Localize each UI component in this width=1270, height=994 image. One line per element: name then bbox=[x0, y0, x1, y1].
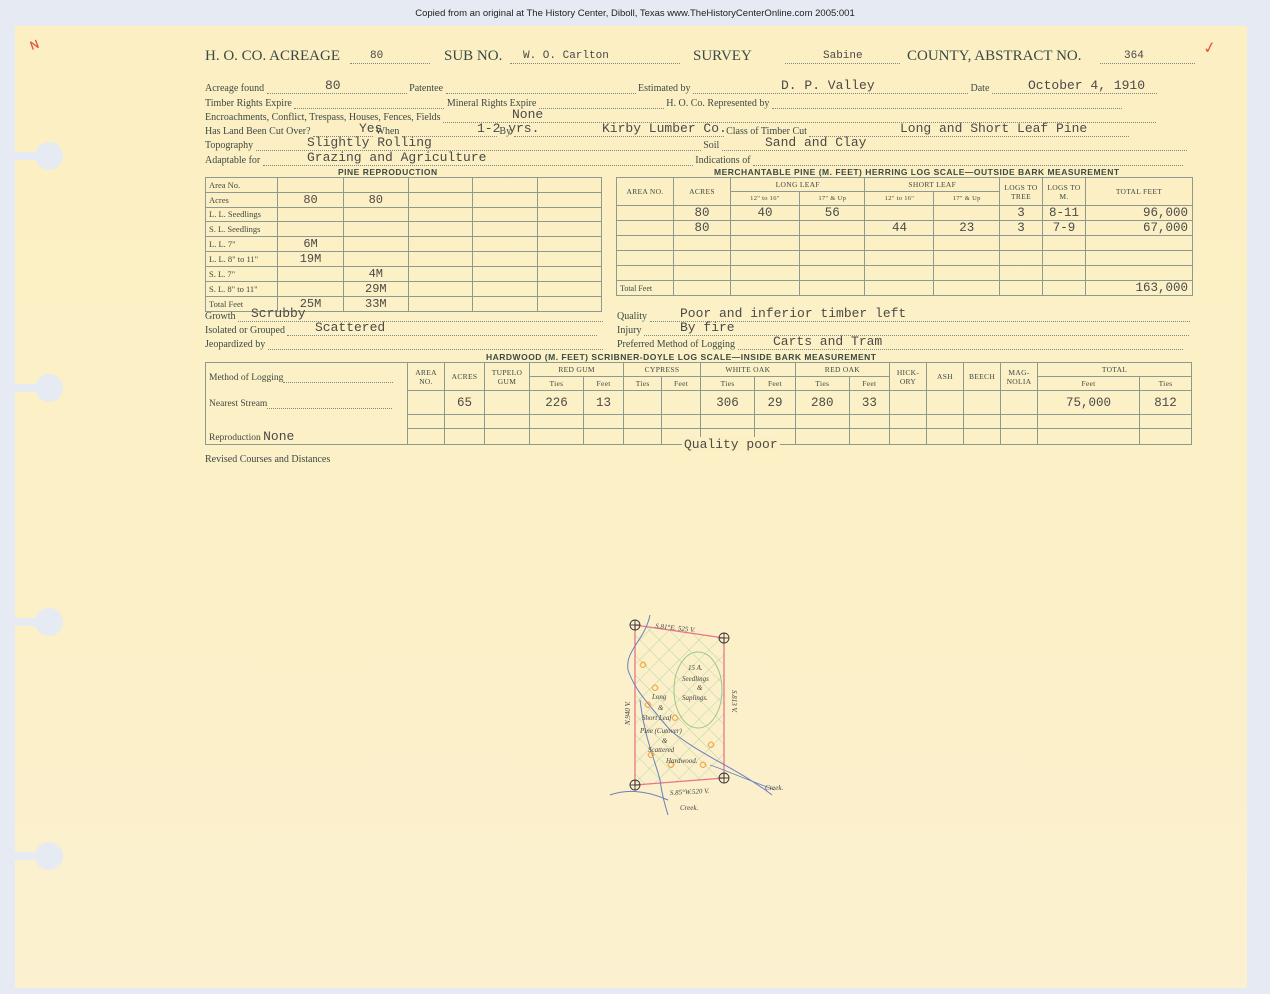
table-row: 80405638-1196,000 bbox=[617, 206, 1193, 221]
svg-text:&: & bbox=[658, 704, 664, 712]
hole-punch bbox=[35, 374, 63, 402]
merchantable-pine-table: AREA NO. ACRES LONG LEAF SHORT LEAF LOGS… bbox=[616, 177, 1193, 296]
hole-punch-notch bbox=[0, 618, 40, 626]
hardwood-row: Nearest Stream 65 226 13 306 29 280 33 7… bbox=[206, 391, 1192, 415]
hardwood-quality-note: Quality poor bbox=[682, 437, 780, 452]
table-row: Acres8080 bbox=[206, 192, 602, 207]
hardwood-table: Method of Logging AREA NO. ACRES TUPELO … bbox=[205, 362, 1192, 445]
reproduction-value: None bbox=[263, 429, 294, 444]
table-row: Area No. bbox=[206, 178, 602, 193]
hardwood-title: HARDWOOD (M. FEET) SCRIBNER-DOYLE LOG SC… bbox=[486, 352, 877, 362]
injury-value: By fire bbox=[680, 320, 735, 335]
table-row: L. L. 8" to 11"19M bbox=[206, 251, 602, 266]
survey-plat-map: S.81°E. 525 V. S.85°W.520 V. S.813 V. N.… bbox=[600, 600, 820, 820]
date-value: October 4, 1910 bbox=[1028, 78, 1145, 93]
svg-text:Creek.: Creek. bbox=[765, 784, 783, 792]
hole-punch bbox=[35, 842, 63, 870]
hole-punch-notch bbox=[0, 152, 40, 160]
sub-no-label: SUB NO. bbox=[444, 48, 502, 65]
topography-value: Slightly Rolling bbox=[307, 135, 432, 150]
svg-text:S.85°W.520 V.: S.85°W.520 V. bbox=[670, 787, 710, 797]
svg-text:Saplings.: Saplings. bbox=[682, 694, 708, 702]
table-row bbox=[617, 266, 1193, 281]
table-row: L. L. Seedlings bbox=[206, 207, 602, 222]
isolated-value: Scattered bbox=[315, 320, 385, 335]
revised-courses-label: Revised Courses and Distances bbox=[205, 454, 330, 465]
svg-text:Pine (Cutover): Pine (Cutover) bbox=[639, 727, 682, 735]
hole-punch-notch bbox=[0, 852, 40, 860]
cut-by-value: Kirby Lumber Co. bbox=[602, 121, 727, 136]
hole-punch-notch bbox=[0, 384, 40, 392]
svg-text:Scattered: Scattered bbox=[648, 746, 675, 754]
table-row bbox=[617, 251, 1193, 266]
logging-method-row: Preferred Method of Logging Carts and Tr… bbox=[617, 338, 1183, 350]
logging-method-value: Carts and Tram bbox=[773, 334, 882, 349]
hole-punch bbox=[35, 142, 63, 170]
soil-value: Sand and Clay bbox=[765, 135, 866, 150]
hole-punch bbox=[35, 608, 63, 636]
quality-value: Poor and inferior timber left bbox=[680, 306, 906, 321]
abstract-no-value: 364 bbox=[1124, 50, 1144, 62]
svg-text:S.813 V.: S.813 V. bbox=[730, 690, 738, 713]
growth-row: Growth Scrubby bbox=[205, 310, 603, 322]
adaptable-value: Grazing and Agriculture bbox=[307, 150, 486, 165]
when-value: 1-2 yrs. bbox=[477, 121, 539, 136]
sub-no-value: W. O. Carlton bbox=[523, 50, 609, 62]
merchantable-total: 163,000 bbox=[1086, 281, 1193, 296]
survey-value: Sabine bbox=[823, 50, 863, 62]
svg-text:15 A.: 15 A. bbox=[688, 664, 703, 672]
svg-text:&: & bbox=[697, 684, 703, 692]
isolated-row: Isolated or Grouped Scattered bbox=[205, 324, 597, 336]
class-of-timber-value: Long and Short Leaf Pine bbox=[900, 121, 1087, 136]
jeopardized-row: Jeopardized by bbox=[205, 338, 603, 350]
table-row: S. L. 7"4M bbox=[206, 266, 602, 281]
acreage-value: 80 bbox=[370, 50, 383, 62]
table-row bbox=[617, 236, 1193, 251]
table-row: S. L. 8" to 11"29M bbox=[206, 281, 602, 296]
survey-label: SURVEY bbox=[693, 48, 752, 65]
merchantable-pine-title: MERCHANTABLE PINE (M. FEET) HERRING LOG … bbox=[714, 167, 1120, 177]
svg-text:N.940 V.: N.940 V. bbox=[624, 701, 632, 726]
injury-row: Injury By fire bbox=[617, 324, 1189, 336]
info-row-1: Acreage found 80 Patentee Estimated by D… bbox=[205, 82, 1195, 96]
growth-value: Scrubby bbox=[251, 306, 306, 321]
archive-note: Copied from an original at The History C… bbox=[0, 8, 1270, 19]
table-row: 80442337-967,000 bbox=[617, 221, 1193, 236]
info-row-2: Timber Rights Expire Mineral Rights Expi… bbox=[205, 97, 1122, 109]
cut-over-value: Yes bbox=[359, 121, 382, 136]
svg-text:Hardwood.: Hardwood. bbox=[665, 757, 698, 765]
acreage-label: H. O. CO. ACREAGE bbox=[205, 48, 340, 65]
estimated-by-value: D. P. Valley bbox=[781, 78, 875, 93]
table-row: S. L. Seedlings bbox=[206, 222, 602, 237]
svg-text:Creek.: Creek. bbox=[680, 804, 698, 812]
encroachments-value: None bbox=[512, 107, 543, 122]
county-abstract-label: COUNTY, ABSTRACT NO. bbox=[907, 48, 1081, 65]
pine-reproduction-title: PINE REPRODUCTION bbox=[338, 167, 438, 177]
svg-text:Long: Long bbox=[651, 693, 667, 701]
info-row-6: Adaptable for Grazing and Agriculture In… bbox=[205, 154, 1183, 166]
acreage-found-value: 80 bbox=[325, 78, 341, 93]
svg-text:&: & bbox=[662, 737, 668, 745]
svg-text:Seedlings: Seedlings bbox=[682, 675, 709, 683]
table-row: L. L. 7"6M bbox=[206, 236, 602, 251]
svg-text:Short Leaf: Short Leaf bbox=[642, 714, 672, 722]
pine-reproduction-table: Area No.Acres8080L. L. SeedlingsS. L. Se… bbox=[205, 177, 602, 312]
